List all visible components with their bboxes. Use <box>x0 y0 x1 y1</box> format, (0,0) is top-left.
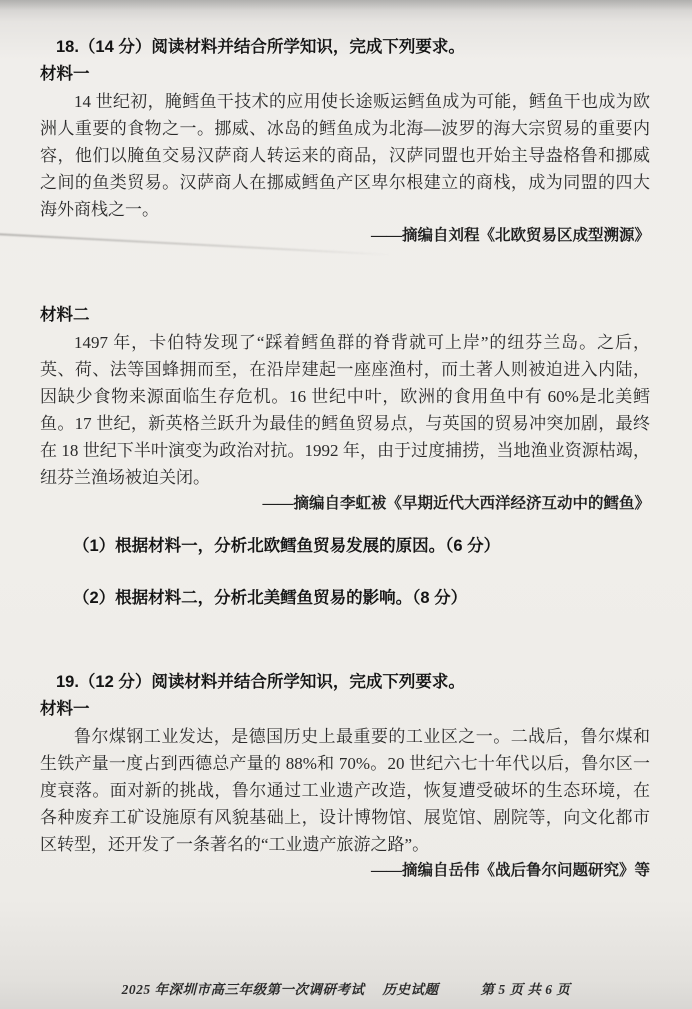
page-footer: 2025 年深圳市高三年级第一次调研考试历史试题第 5 页 共 6 页 <box>0 981 692 999</box>
q18-material-1-source: ——摘编自刘程《北欧贸易区成型溯源》 <box>40 223 650 249</box>
question-18-heading: 18.（14 分）阅读材料并结合所学知识，完成下列要求。 <box>40 34 650 60</box>
page-content: 18.（14 分）阅读材料并结合所学知识，完成下列要求。 材料一 14 世纪初，… <box>40 34 650 884</box>
exam-paper-page: 18.（14 分）阅读材料并结合所学知识，完成下列要求。 材料一 14 世纪初，… <box>0 0 692 1009</box>
q18-subquestion-2: （2）根据材料二，分析北美鳕鱼贸易的影响。（8 分） <box>40 585 650 611</box>
question-19-section: 19.（12 分）阅读材料并结合所学知识，完成下列要求。 材料一 鲁尔煤钢工业发… <box>40 669 650 884</box>
q18-material-1-text: 14 世纪初，腌鳕鱼干技术的应用使长途贩运鳕鱼成为可能，鳕鱼干也成为欧洲人重要的… <box>40 88 650 223</box>
q18-material-2-text: 1497 年，卡伯特发现了“踩着鳕鱼群的脊背就可上岸”的纽芬兰岛。之后，英、荷、… <box>40 329 650 491</box>
question-19-heading: 19.（12 分）阅读材料并结合所学知识，完成下列要求。 <box>40 669 650 695</box>
q19-material-1-source: ——摘编自岳伟《战后鲁尔问题研究》等 <box>40 858 650 884</box>
q18-material-2-label: 材料二 <box>40 301 650 329</box>
scan-edge-shade <box>0 0 692 10</box>
footer-page-info: 第 5 页 共 6 页 <box>481 982 571 997</box>
q18-material-2-source: ——摘编自李虹袚《早期近代大西洋经济互动中的鳕鱼》 <box>40 491 650 517</box>
footer-subject: 历史试题 <box>383 982 439 997</box>
q19-material-1-text: 鲁尔煤钢工业发达，是德国历史上最重要的工业区之一。二战后，鲁尔煤和生铁产量一度占… <box>40 723 650 858</box>
q18-subquestion-1: （1）根据材料一，分析北欧鳕鱼贸易发展的原因。（6 分） <box>40 533 650 559</box>
footer-exam-title: 2025 年深圳市高三年级第一次调研考试 <box>122 982 365 997</box>
question-18-section: 18.（14 分）阅读材料并结合所学知识，完成下列要求。 材料一 14 世纪初，… <box>40 34 650 611</box>
q19-material-1-label: 材料一 <box>40 695 650 723</box>
q18-material-1-label: 材料一 <box>40 60 650 88</box>
